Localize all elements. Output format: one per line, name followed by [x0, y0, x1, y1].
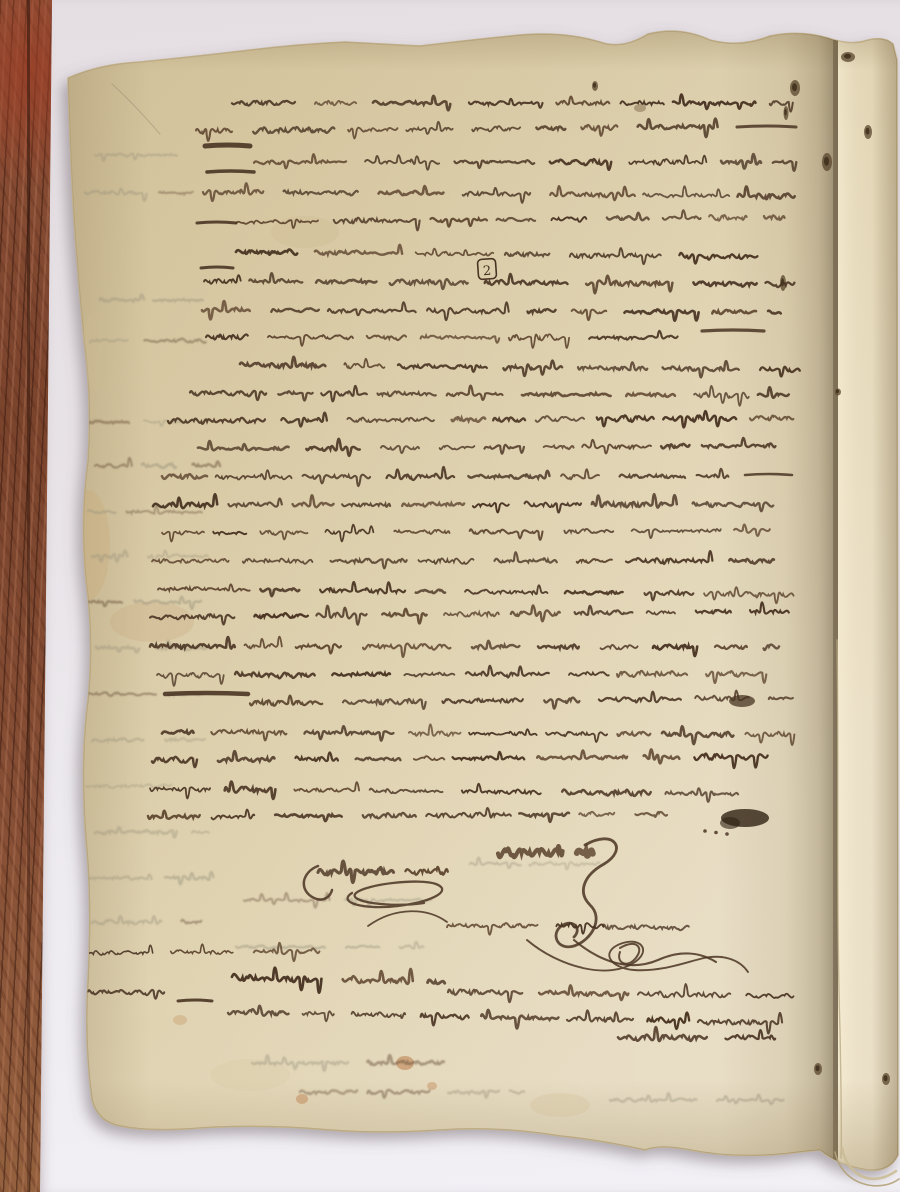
worm-hole-center — [844, 54, 851, 59]
worm-hole-center — [593, 83, 596, 88]
ink-lead-dash — [165, 693, 248, 694]
ink-dot — [714, 831, 718, 835]
worm-hole-center — [784, 109, 787, 116]
ghost-text-line — [153, 299, 202, 301]
ink-lead-dash — [207, 171, 254, 172]
ink-trail-dash — [702, 330, 764, 331]
ink-dot — [725, 832, 729, 836]
worm-hole-center — [792, 83, 797, 91]
manuscript-photograph: 2 — [0, 0, 900, 1192]
ink-trail-dash — [737, 126, 796, 127]
manuscript-page-scene: 2 — [0, 0, 900, 1192]
worm-hole-center — [824, 157, 829, 166]
worm-hole-center — [816, 1065, 820, 1071]
ink-trail-dash — [745, 474, 792, 475]
worm-hole-center — [836, 389, 839, 393]
circled-number-text: 2 — [483, 264, 492, 280]
ink-lead-dash — [197, 222, 236, 223]
worm-hole-center — [866, 128, 870, 135]
ink-lead-dash — [178, 1000, 212, 1001]
ink-lead-dash — [205, 145, 250, 146]
worm-hole-center — [884, 1075, 888, 1081]
ink-dot — [703, 829, 707, 833]
ink-lead-dash — [201, 267, 233, 268]
